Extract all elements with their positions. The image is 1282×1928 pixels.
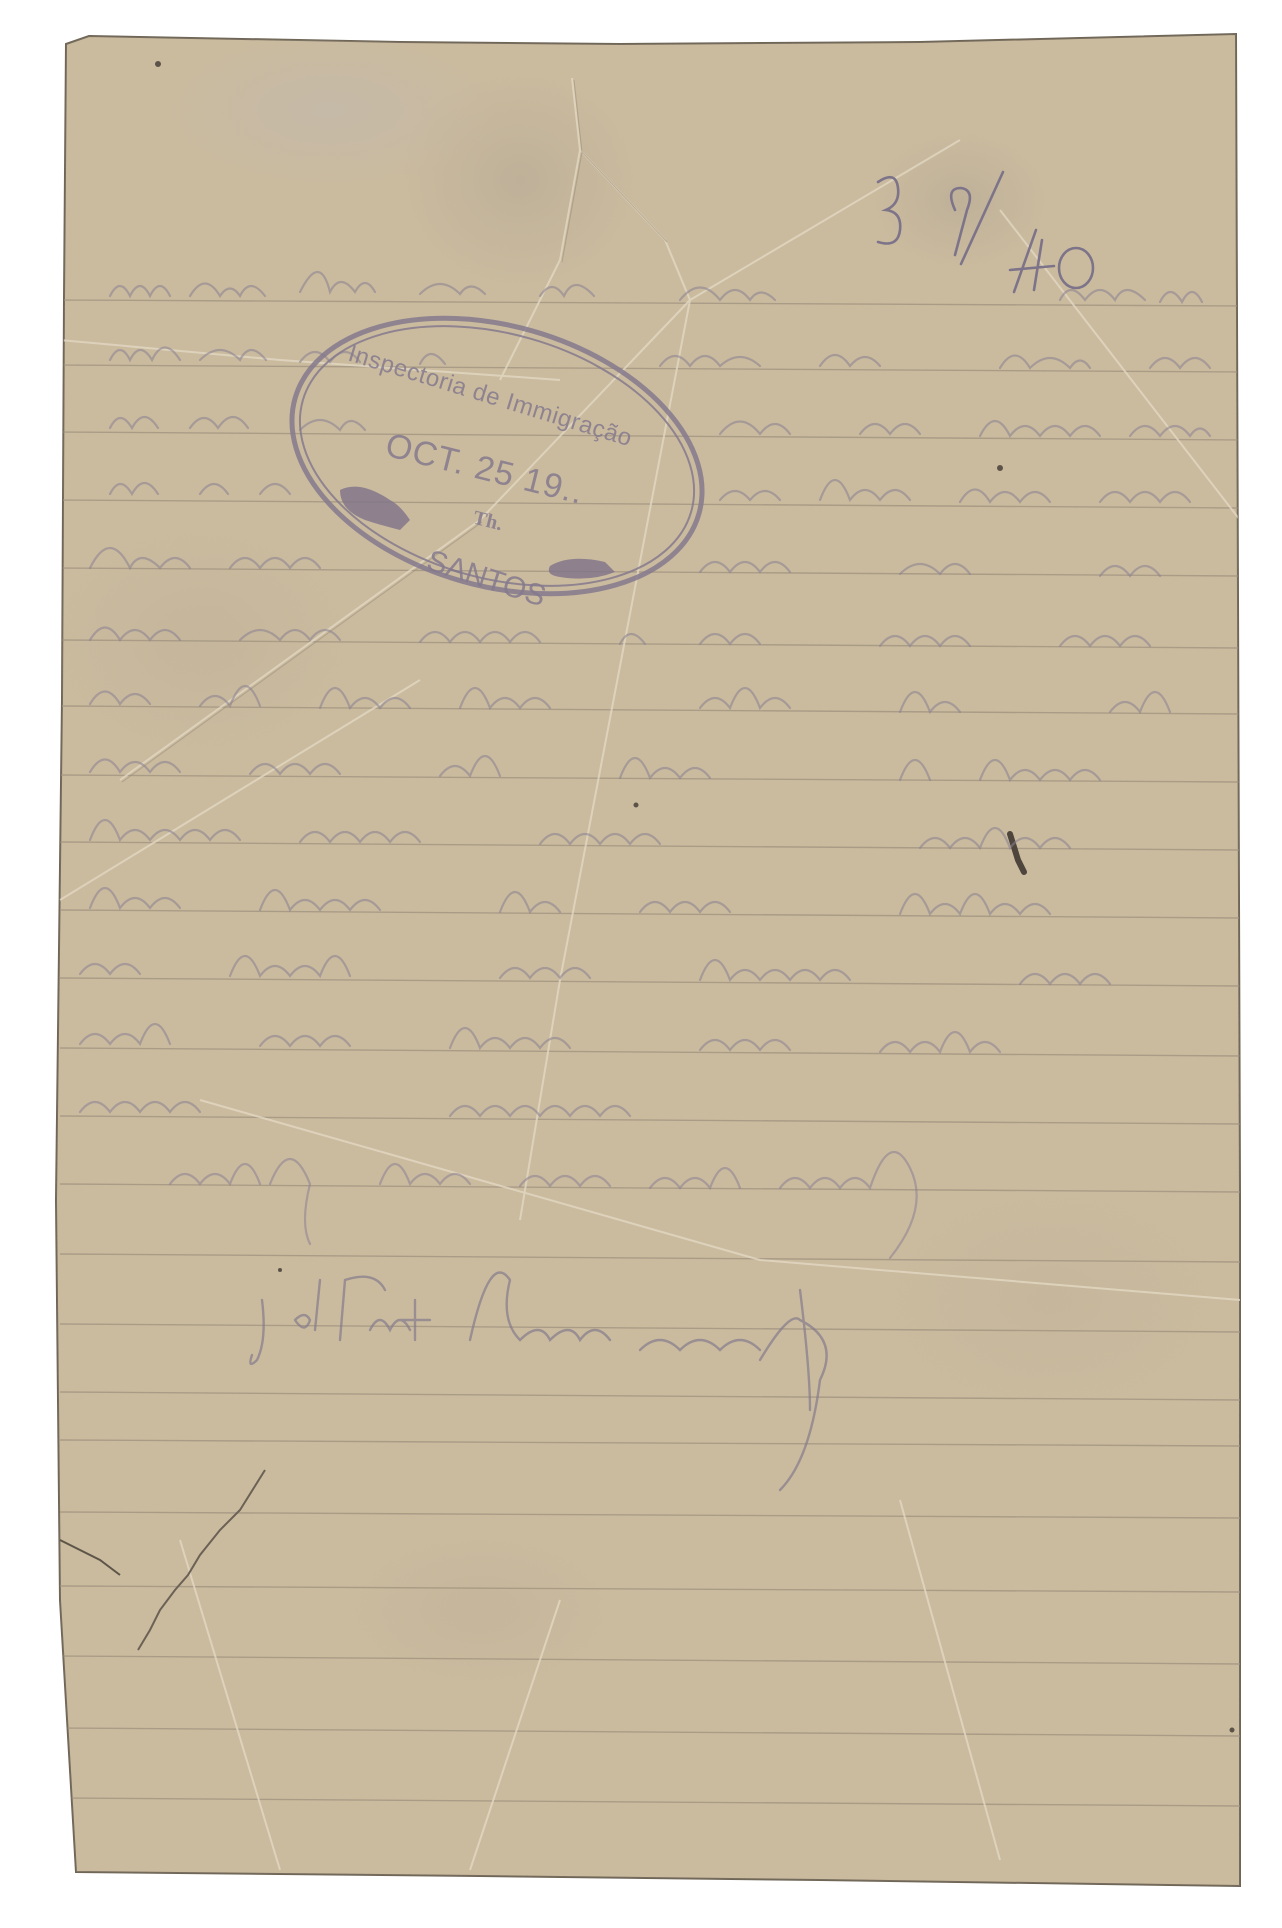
immigration-stamp: Inspectoria de Immigração OCT. 25 19.. T…: [283, 322, 711, 590]
folio-number: 39/140: [858, 150, 1098, 290]
stamp-initials: Th.: [471, 507, 505, 536]
document-page: 39/140 Inspectoria de Immigração OCT. 25…: [0, 0, 1282, 1928]
stamp-date: OCT. 25 19..: [382, 426, 588, 513]
